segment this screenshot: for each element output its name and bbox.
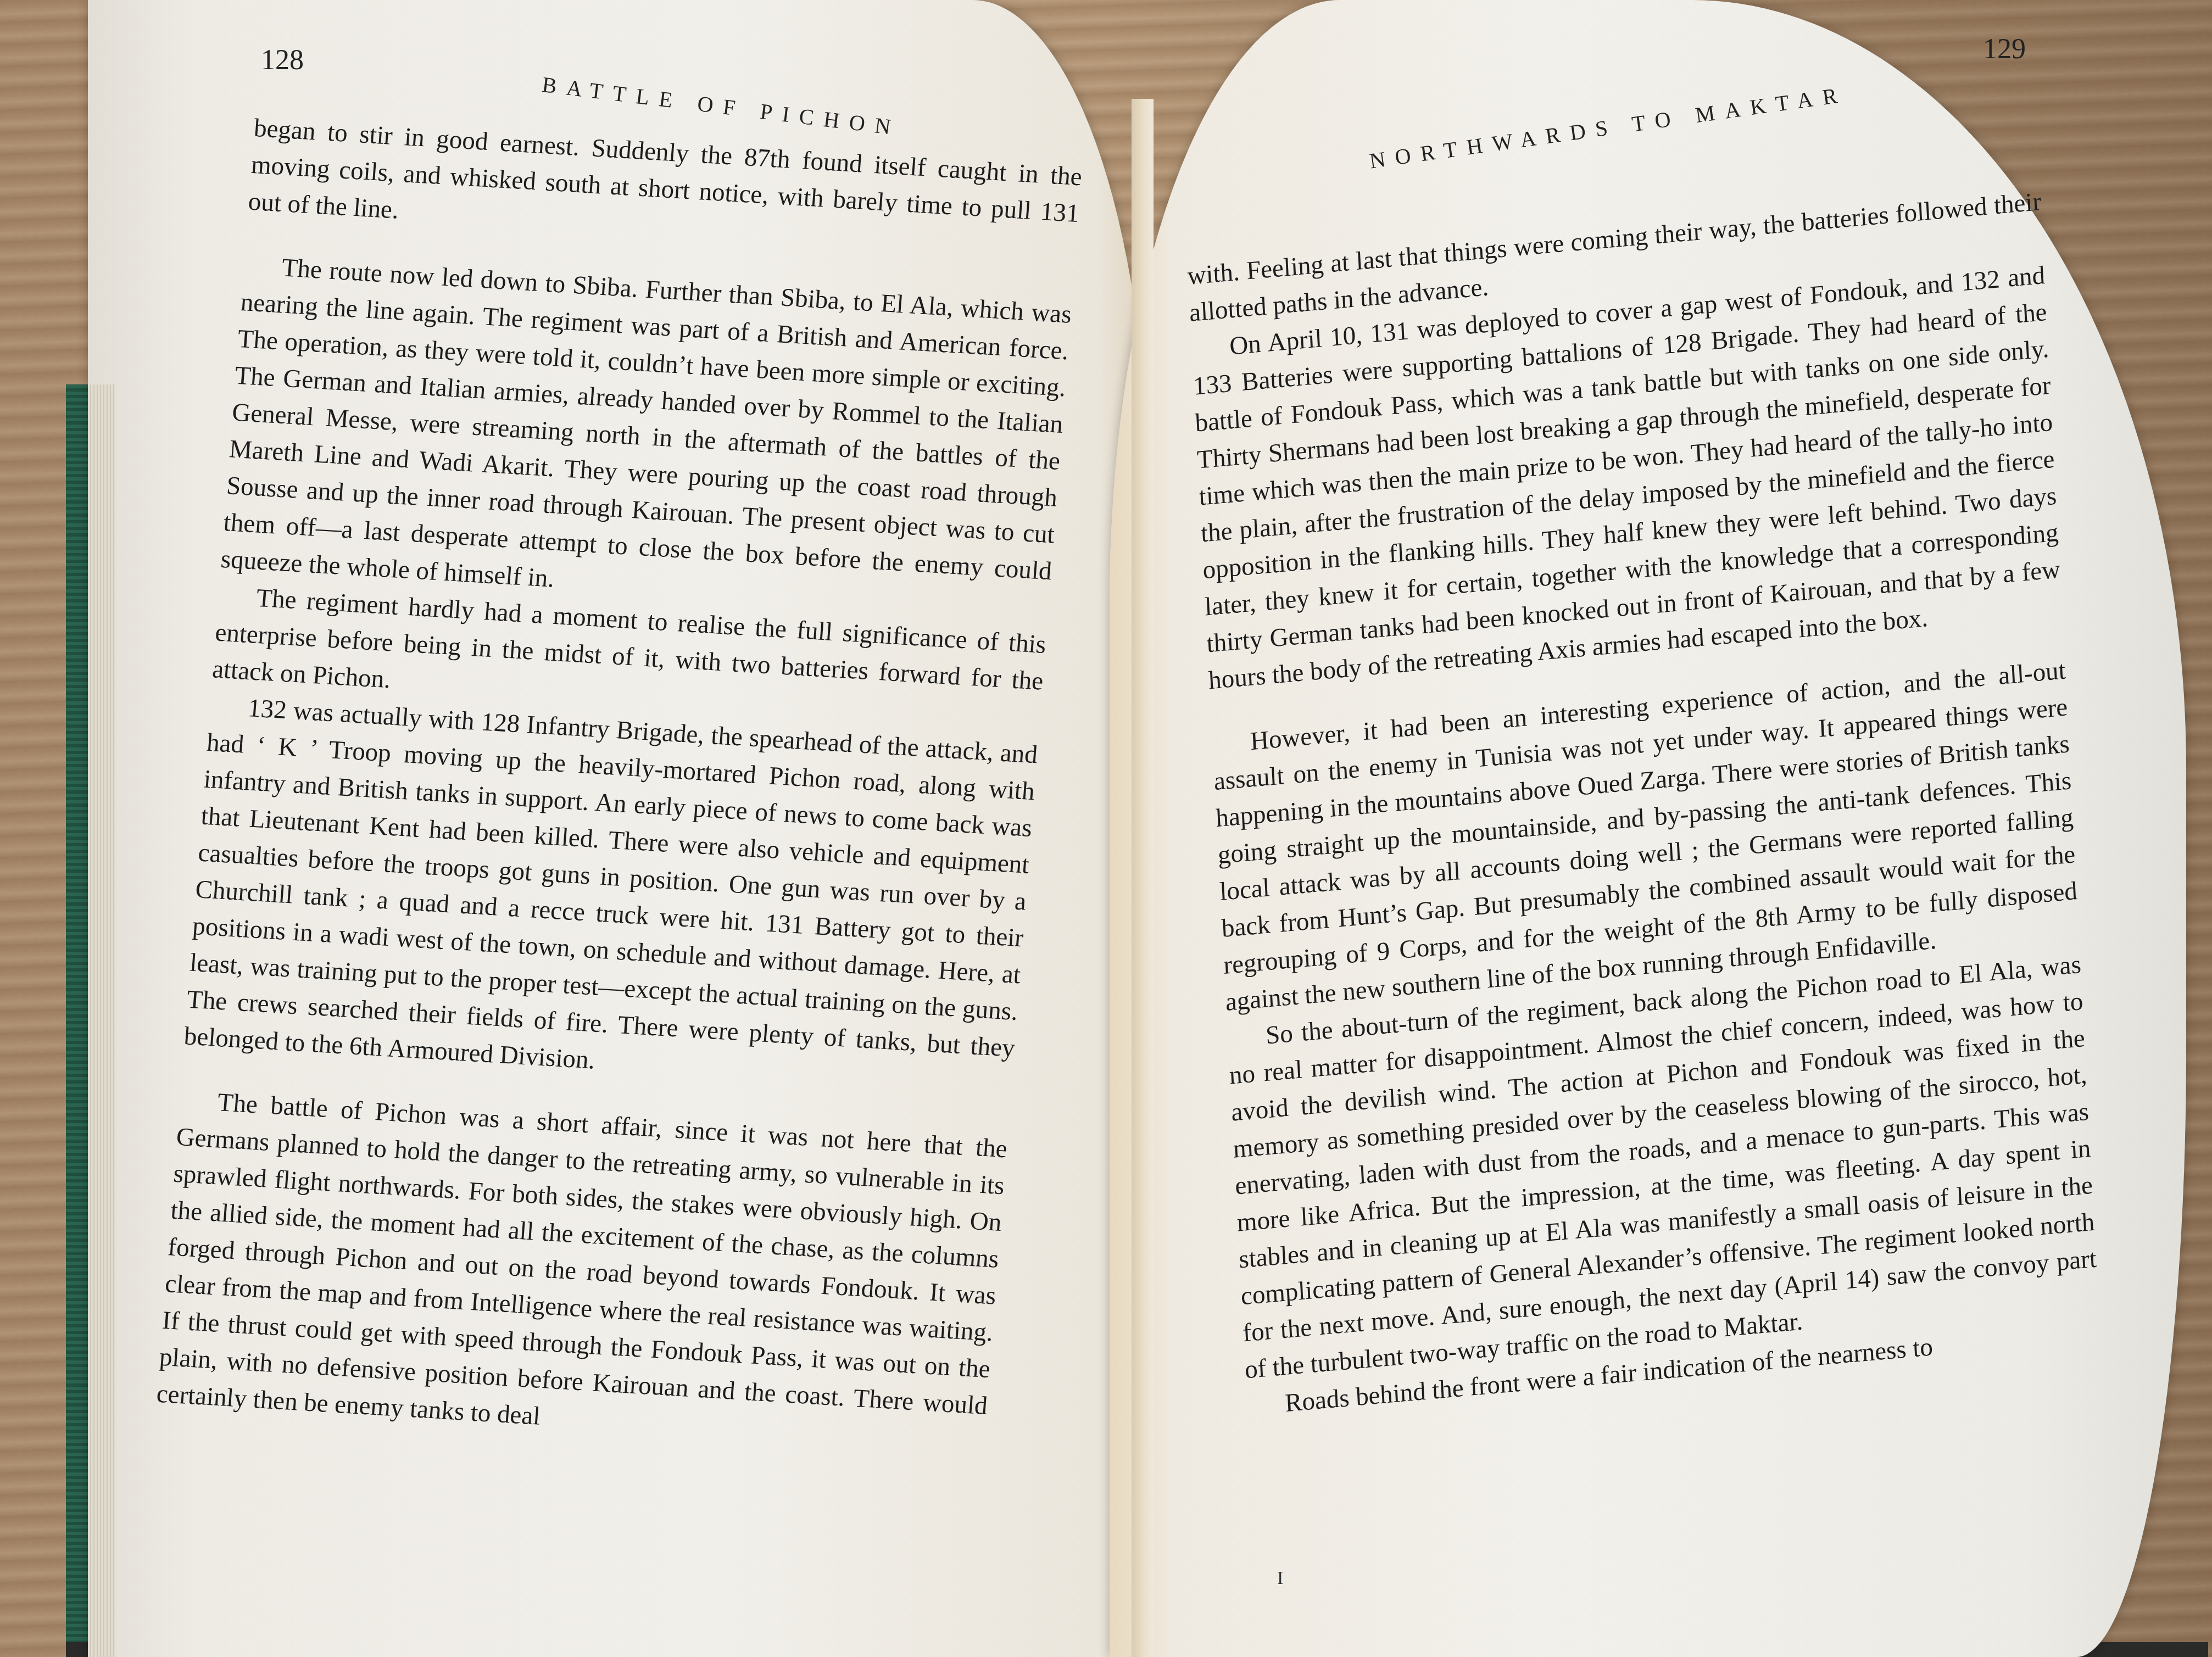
page-number-left: 128: [261, 44, 304, 76]
signature-mark: I: [1277, 1568, 1283, 1589]
page-stack-edge: [88, 384, 115, 1657]
left-page-text: began to stir in good earnest. Suddenly …: [155, 110, 1084, 1461]
right-page-text: with. Feeling at last that things were c…: [1186, 183, 2101, 1425]
paragraph: On April 10, 131 was deployed to cover a…: [1190, 257, 2063, 699]
paragraph: The route now led down to Sbiba. Further…: [219, 247, 1073, 627]
page-number-right: 129: [1983, 33, 2026, 65]
paragraph: So the about-turn of the regiment, back …: [1227, 946, 2099, 1388]
paragraph: The battle of Pichon was a short affair,…: [155, 1082, 1009, 1461]
paragraph: 132 was actually with 128 Infantry Briga…: [183, 688, 1039, 1104]
book-gutter: [1132, 99, 1154, 1657]
